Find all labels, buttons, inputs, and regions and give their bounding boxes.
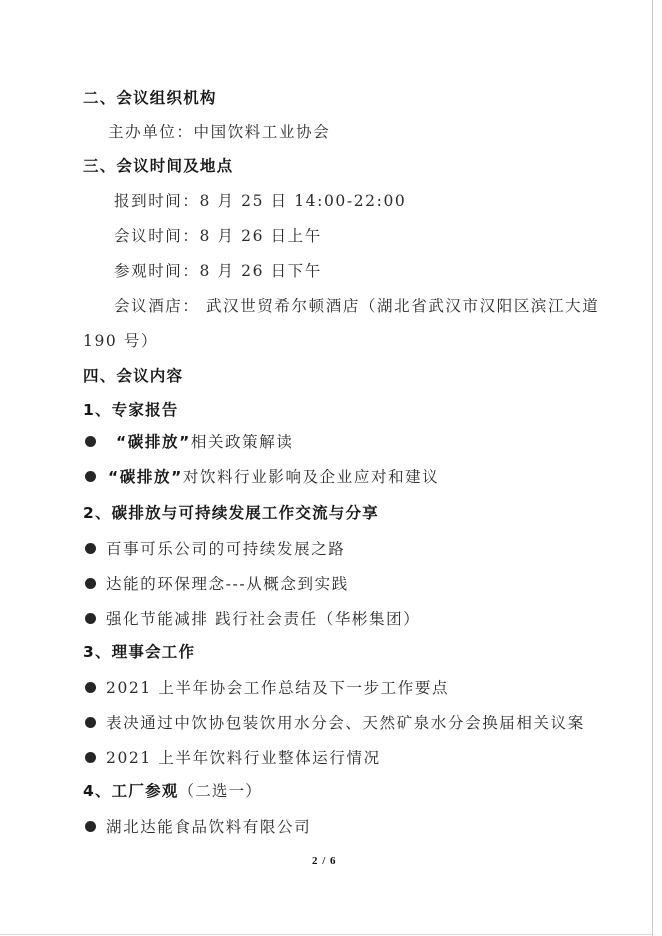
section-heading-content: 四、会议内容 xyxy=(83,366,183,386)
bullet-icon xyxy=(85,543,96,554)
group-title-council-work: 3、理事会工作 xyxy=(83,642,195,662)
list-item: 达能的环保理念---从概念到实践 xyxy=(106,574,349,594)
bullet-icon xyxy=(85,436,96,447)
document-page: 二、会议组织机构 主办单位：中国饮料工业协会 三、会议时间及地点 报到时间：8 … xyxy=(0,0,662,936)
page-number: 2 / 6 xyxy=(312,855,337,867)
hotel-line-1: 会议酒店： 武汉世贸希尔顿酒店（湖北省武汉市汉阳区滨江大道 xyxy=(114,296,599,316)
registration-time: 报到时间：8 月 25 日 14:00-22:00 xyxy=(114,191,406,211)
list-item: 强化节能减排 践行社会责任（华彬集团） xyxy=(106,609,420,629)
bullet-icon xyxy=(85,717,96,728)
item-quote: “碳排放” xyxy=(108,468,183,486)
bullet-icon xyxy=(85,471,96,482)
host-organization: 主办单位：中国饮料工业协会 xyxy=(108,122,330,142)
page-edge-bottom xyxy=(0,934,652,935)
list-item: “碳排放”对饮料行业影响及企业应对和建议 xyxy=(108,467,439,487)
bullet-icon xyxy=(85,821,96,832)
page-edge-right xyxy=(652,0,653,936)
group-title-text: 4、工厂参观 xyxy=(83,782,179,800)
group-title-expert-report: 1、专家报告 xyxy=(83,400,179,420)
group-title-factory-visit: 4、工厂参观（二选一） xyxy=(83,781,262,801)
bullet-icon xyxy=(85,613,96,624)
section-heading-time-place: 三、会议时间及地点 xyxy=(83,156,233,176)
meeting-time: 会议时间：8 月 26 日上午 xyxy=(114,226,322,246)
group-title-carbon-sustainability: 2、碳排放与可持续发展工作交流与分享 xyxy=(83,503,379,523)
item-text: 相关政策解读 xyxy=(191,433,294,451)
list-item: 湖北达能食品饮料有限公司 xyxy=(106,817,311,837)
list-item: 2021 上半年饮料行业整体运行情况 xyxy=(106,748,381,768)
section-heading-organization: 二、会议组织机构 xyxy=(83,88,217,108)
hotel-line-2: 190 号） xyxy=(83,331,158,351)
item-quote: “碳排放” xyxy=(116,433,191,451)
item-text: 对饮料行业影响及企业应对和建议 xyxy=(183,468,440,486)
list-item: 2021 上半年协会工作总结及下一步工作要点 xyxy=(106,678,449,698)
bullet-icon xyxy=(85,682,96,693)
visit-time: 参观时间：8 月 26 日下午 xyxy=(114,261,322,281)
bullet-icon xyxy=(85,752,96,763)
group-title-suffix: （二选一） xyxy=(179,782,263,800)
list-item: 表决通过中饮协包装饮用水分会、天然矿泉水分会换届相关议案 xyxy=(106,713,585,733)
bullet-icon xyxy=(85,578,96,589)
list-item: “碳排放”相关政策解读 xyxy=(116,432,293,452)
list-item: 百事可乐公司的可持续发展之路 xyxy=(106,539,345,559)
